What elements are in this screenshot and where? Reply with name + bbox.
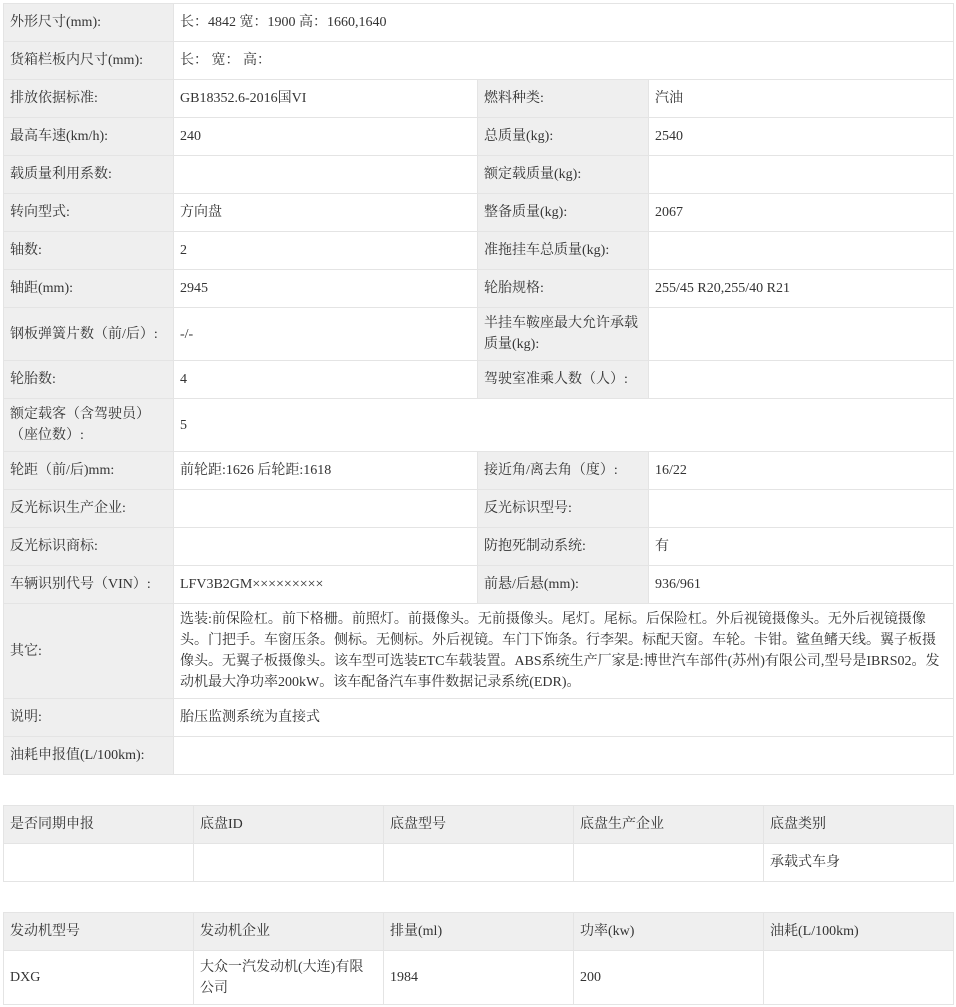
spec-row-leaf-springs: 钢板弹簧片数（前/后）: -/- 半挂车鞍座最大允许承载质量(kg): [4, 308, 954, 361]
column-header: 发动机型号 [4, 913, 194, 951]
spec-label: 总质量(kg): [478, 118, 649, 156]
spec-value: 255/45 R20,255/40 R21 [649, 270, 954, 308]
spec-value: 汽油 [649, 80, 954, 118]
spec-label: 防抱死制动系统: [478, 528, 649, 566]
spec-value [174, 737, 954, 775]
spec-value: 选装:前保险杠。前下格栅。前照灯。前摄像头。无前摄像头。尾灯。尾标。后保险杠。外… [174, 604, 954, 699]
spec-value [174, 528, 478, 566]
spec-value: 5 [174, 399, 954, 452]
spec-value: GB18352.6-2016国VI [174, 80, 478, 118]
spec-row-emission: 排放依据标准: GB18352.6-2016国VI 燃料种类: 汽油 [4, 80, 954, 118]
chassis-table: 是否同期申报 底盘ID 底盘型号 底盘生产企业 底盘类别 承载式车身 [3, 805, 954, 882]
spec-row-notes: 说明: 胎压监测系统为直接式 [4, 699, 954, 737]
spec-value [649, 361, 954, 399]
spec-value [174, 156, 478, 194]
engine-header-row: 发动机型号 发动机企业 排量(ml) 功率(kw) 油耗(L/100km) [4, 913, 954, 951]
table-cell [194, 844, 384, 882]
column-header: 底盘类别 [764, 806, 954, 844]
spec-value [649, 308, 954, 361]
table-cell: DXG [4, 951, 194, 1005]
spec-value: 长：4842 宽：1900 高：1660,1640 [174, 4, 954, 42]
spec-label: 反光标识型号: [478, 490, 649, 528]
table-cell [764, 951, 954, 1005]
spec-label: 反光标识商标: [4, 528, 174, 566]
spec-row-steering: 转向型式: 方向盘 整备质量(kg): 2067 [4, 194, 954, 232]
table-cell [384, 844, 574, 882]
spec-label: 准拖挂车总质量(kg): [478, 232, 649, 270]
spec-label: 油耗申报值(L/100km): [4, 737, 174, 775]
spec-row-seats: 额定载客（含驾驶员）（座位数）: 5 [4, 399, 954, 452]
spec-value: 2067 [649, 194, 954, 232]
spec-label: 转向型式: [4, 194, 174, 232]
spec-label: 钢板弹簧片数（前/后）: [4, 308, 174, 361]
spec-value: 方向盘 [174, 194, 478, 232]
spec-value: 936/961 [649, 566, 954, 604]
spec-row-cargo-box: 货箱栏板内尺寸(mm): 长： 宽： 高： [4, 42, 954, 80]
column-header: 发动机企业 [194, 913, 384, 951]
spec-label: 说明: [4, 699, 174, 737]
spec-label: 额定载质量(kg): [478, 156, 649, 194]
chassis-header-row: 是否同期申报 底盘ID 底盘型号 底盘生产企业 底盘类别 [4, 806, 954, 844]
spec-label: 前悬/后悬(mm): [478, 566, 649, 604]
column-header: 油耗(L/100km) [764, 913, 954, 951]
spec-value: 长： 宽： 高： [174, 42, 954, 80]
spec-value: 4 [174, 361, 478, 399]
spec-label: 额定载客（含驾驶员）（座位数）: [4, 399, 174, 452]
spec-row-track: 轮距（前/后)mm: 前轮距:1626 后轮距:1618 接近角/离去角（度）:… [4, 452, 954, 490]
spec-row-tires: 轮胎数: 4 驾驶室准乘人数（人）: [4, 361, 954, 399]
spec-label: 排放依据标准: [4, 80, 174, 118]
spec-value [174, 490, 478, 528]
engine-table: 发动机型号 发动机企业 排量(ml) 功率(kw) 油耗(L/100km) DX… [3, 912, 954, 1005]
spec-value: 胎压监测系统为直接式 [174, 699, 954, 737]
spec-value: 2 [174, 232, 478, 270]
spec-value: 2540 [649, 118, 954, 156]
spec-value: 有 [649, 528, 954, 566]
column-header: 底盘ID [194, 806, 384, 844]
spec-value: -/- [174, 308, 478, 361]
spec-value: 前轮距:1626 后轮距:1618 [174, 452, 478, 490]
spec-row-load-factor: 载质量利用系数: 额定载质量(kg): [4, 156, 954, 194]
table-row: DXG 大众一汽发动机(大连)有限公司 1984 200 [4, 951, 954, 1005]
spec-row-wheelbase: 轴距(mm): 2945 轮胎规格: 255/45 R20,255/40 R21 [4, 270, 954, 308]
spec-row-other: 其它: 选装:前保险杠。前下格栅。前照灯。前摄像头。无前摄像头。尾灯。尾标。后保… [4, 604, 954, 699]
spec-row-speed: 最高车速(km/h): 240 总质量(kg): 2540 [4, 118, 954, 156]
spec-label: 最高车速(km/h): [4, 118, 174, 156]
spec-value [649, 490, 954, 528]
table-cell [4, 844, 194, 882]
spec-row-fuel-consumption: 油耗申报值(L/100km): [4, 737, 954, 775]
spec-row-reflective-maker: 反光标识生产企业: 反光标识型号: [4, 490, 954, 528]
spec-value: LFV3B2GM××××××××× [174, 566, 478, 604]
spec-label: 货箱栏板内尺寸(mm): [4, 42, 174, 80]
column-header: 是否同期申报 [4, 806, 194, 844]
column-header: 功率(kw) [574, 913, 764, 951]
table-cell: 承载式车身 [764, 844, 954, 882]
spec-value [649, 232, 954, 270]
vehicle-spec-table: 外形尺寸(mm): 长：4842 宽：1900 高：1660,1640 货箱栏板… [3, 3, 954, 775]
spec-label: 外形尺寸(mm): [4, 4, 174, 42]
table-cell: 大众一汽发动机(大连)有限公司 [194, 951, 384, 1005]
table-cell: 200 [574, 951, 764, 1005]
spec-label: 燃料种类: [478, 80, 649, 118]
spec-row-vin: 车辆识别代号（VIN）: LFV3B2GM××××××××× 前悬/后悬(mm)… [4, 566, 954, 604]
spec-value: 2945 [174, 270, 478, 308]
table-row: 承载式车身 [4, 844, 954, 882]
table-cell [574, 844, 764, 882]
spec-row-reflective-brand: 反光标识商标: 防抱死制动系统: 有 [4, 528, 954, 566]
spec-label: 轴数: [4, 232, 174, 270]
spec-label: 接近角/离去角（度）: [478, 452, 649, 490]
column-header: 排量(ml) [384, 913, 574, 951]
table-cell: 1984 [384, 951, 574, 1005]
spec-label: 轮胎数: [4, 361, 174, 399]
spec-label: 整备质量(kg): [478, 194, 649, 232]
spec-label: 车辆识别代号（VIN）: [4, 566, 174, 604]
spec-label: 其它: [4, 604, 174, 699]
spec-label: 反光标识生产企业: [4, 490, 174, 528]
spec-label: 驾驶室准乘人数（人）: [478, 361, 649, 399]
spec-label: 载质量利用系数: [4, 156, 174, 194]
column-header: 底盘生产企业 [574, 806, 764, 844]
spec-value [649, 156, 954, 194]
spec-value: 16/22 [649, 452, 954, 490]
spec-row-axles: 轴数: 2 准拖挂车总质量(kg): [4, 232, 954, 270]
spec-label: 轴距(mm): [4, 270, 174, 308]
spec-value: 240 [174, 118, 478, 156]
spec-label: 半挂车鞍座最大允许承载质量(kg): [478, 308, 649, 361]
spec-label: 轮胎规格: [478, 270, 649, 308]
spec-row-dimensions: 外形尺寸(mm): 长：4842 宽：1900 高：1660,1640 [4, 4, 954, 42]
spec-label: 轮距（前/后)mm: [4, 452, 174, 490]
column-header: 底盘型号 [384, 806, 574, 844]
